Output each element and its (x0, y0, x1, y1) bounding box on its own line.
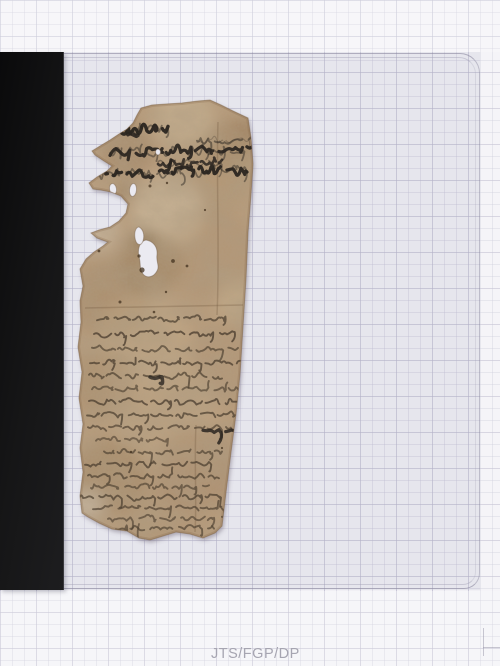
scan-page: JTS/FGP/DP (0, 0, 500, 666)
watermark-label: JTS/FGP/DP (211, 646, 300, 662)
manuscript-fragment (0, 0, 500, 666)
